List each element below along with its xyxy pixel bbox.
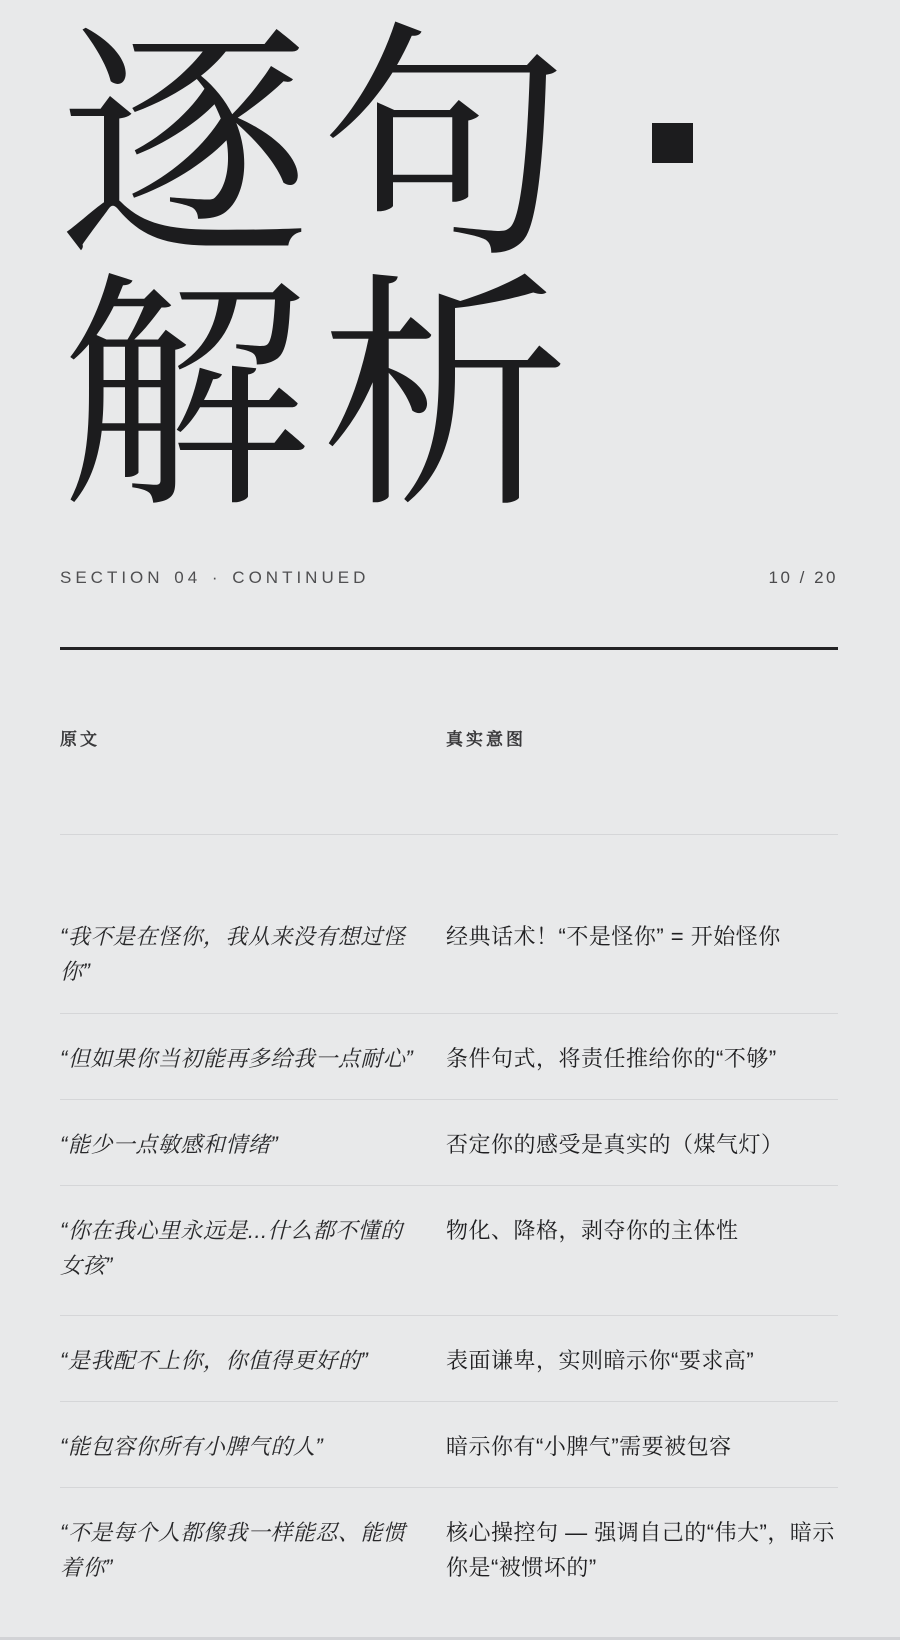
section-rule [60, 647, 838, 650]
table-row: “但如果你当初能再多给我一点耐心” 条件句式，将责任推给你的“不够” [60, 1014, 838, 1100]
original-text: “但如果你当初能再多给我一点耐心” [60, 1041, 416, 1076]
intent-text: 暗示你有“小脾气”需要被包容 [446, 1429, 838, 1464]
intent-text: 条件句式，将责任推给你的“不够” [446, 1041, 838, 1076]
section-meta-row: SECTION 04 · CONTINUED 10 / 20 [60, 568, 838, 588]
original-text: “是我配不上你，你值得更好的” [60, 1343, 416, 1378]
original-text: “你在我心里永远是...什么都不懂的女孩” [60, 1213, 416, 1283]
table-row: “你在我心里永远是...什么都不懂的女孩” 物化、降格，剥夺你的主体性 [60, 1186, 838, 1316]
intent-text: 否定你的感受是真实的（煤气灯） [446, 1127, 838, 1162]
column-header-original: 原文 [60, 730, 416, 750]
original-text: “不是每个人都像我一样能忍、能惯着你” [60, 1515, 416, 1585]
table-row: “不是每个人都像我一样能忍、能惯着你” 核心操控句 — 强调自己的“伟大”，暗示… [60, 1488, 838, 1608]
table-row: “能包容你所有小脾气的人” 暗示你有“小脾气”需要被包容 [60, 1402, 838, 1488]
title-dot-icon [652, 123, 693, 163]
page: 逐句 解析 SECTION 04 · CONTINUED 10 / 20 原文 … [0, 0, 900, 1640]
column-header-intent: 真实意图 [446, 730, 838, 750]
intent-text: 物化、降格，剥夺你的主体性 [446, 1213, 838, 1283]
title-line-1: 逐句 [60, 22, 838, 272]
original-text: “能包容你所有小脾气的人” [60, 1429, 416, 1464]
page-title: 逐句 解析 [60, 0, 838, 522]
table-row: “能少一点敏感和情绪” 否定你的感受是真实的（煤气灯） [60, 1100, 838, 1186]
original-text: “能少一点敏感和情绪” [60, 1127, 416, 1162]
intent-text: 核心操控句 — 强调自己的“伟大”，暗示你是“被惯坏的” [446, 1515, 838, 1585]
title-line-2: 解析 [60, 272, 838, 522]
table-row: “是我配不上你，你值得更好的” 表面谦卑，实则暗示你“要求高” [60, 1316, 838, 1402]
comparison-table: 原文 真实意图 “我不是在怪你，我从来没有想过怪你” 经典话术！“不是怪你” =… [60, 730, 838, 1608]
original-text: “我不是在怪你，我从来没有想过怪你” [60, 919, 416, 989]
section-label: SECTION 04 · CONTINUED [60, 568, 369, 588]
table-header-row: 原文 真实意图 [60, 730, 838, 835]
page-indicator: 10 / 20 [769, 568, 839, 588]
intent-text: 表面谦卑，实则暗示你“要求高” [446, 1343, 838, 1378]
table-row: “我不是在怪你，我从来没有想过怪你” 经典话术！“不是怪你” = 开始怪你 [60, 835, 838, 1014]
intent-text: 经典话术！“不是怪你” = 开始怪你 [446, 919, 838, 989]
